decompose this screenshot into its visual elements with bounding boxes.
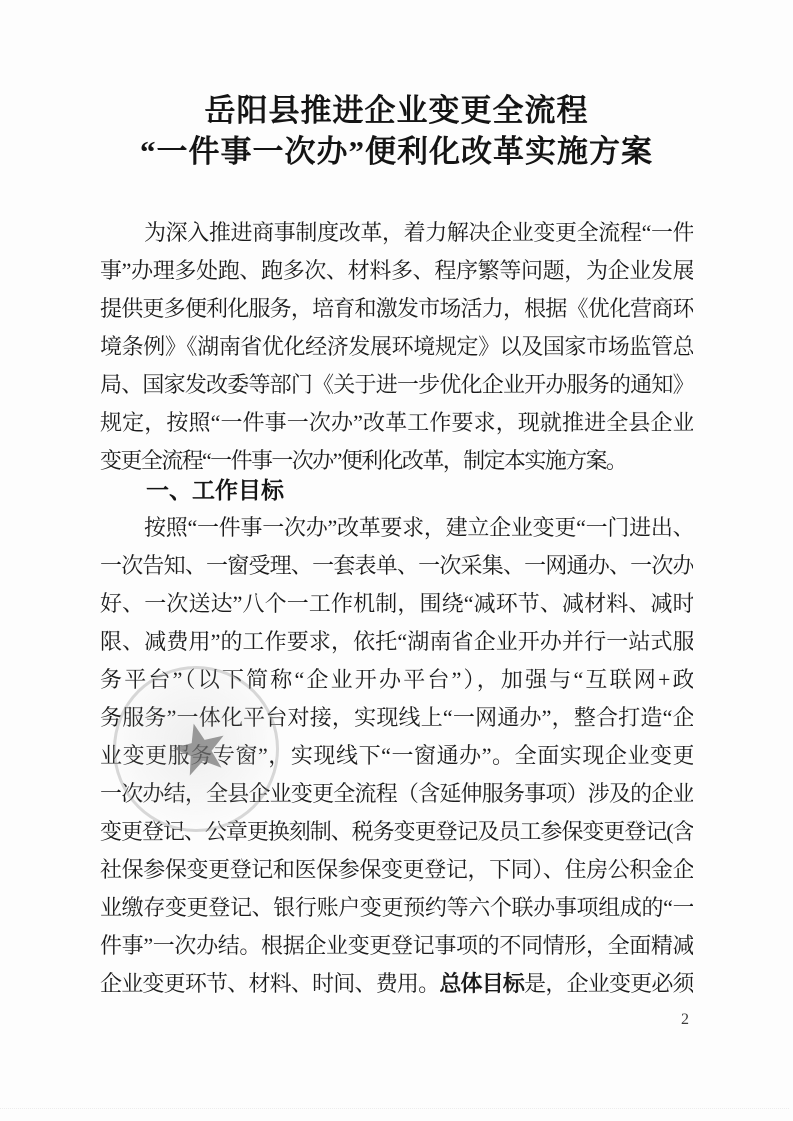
document-title-line-2: “一件事一次办”便利化改革实施方案 [100,131,693,172]
text-line: 提供更多便利化服务，培育和激发市场活力，根据《优化营商环 [100,290,693,328]
text-line: 业缴存变更登记、银行账户变更预约等六个联办事项组成的“一 [100,889,693,927]
document-title-line-1: 岳阳县推进企业变更全流程 [100,90,693,131]
document-page: 岳阳县推进企业变更全流程 “一件事一次办”便利化改革实施方案 为深入推进商事制度… [0,0,793,1121]
text-line: 为深入推进商事制度改革，着力解决企业变更全流程“一件 [100,214,693,252]
paragraph-work-goals: 按照“一件事一次办”改革要求，建立企业变更“一门进出、一次告知、一窗受理、一套表… [100,509,693,1003]
text-line: 局、国家发改委等部门《关于进一步优化企业开办服务的通知》 [100,366,693,404]
text-line: 事”办理多处跑、跑多次、材料多、程序繁等问题，为企业发展 [100,252,693,290]
page-number: 2 [681,1010,689,1030]
text-line: 业变更服务专窗”，实现线下“一窗通办”。全面实现企业变更 [100,737,693,775]
text-line: 变更登记、公章更换刻制、税务变更登记及员工参保变更登记(含 [100,813,693,851]
text-line: 务平台”（以下简称“企业开办平台”），加强与“互联网+政 [100,661,693,699]
document-title: 岳阳县推进企业变更全流程 “一件事一次办”便利化改革实施方案 [100,90,693,172]
text-line: 企业变更环节、材料、时间、费用。总体目标是，企业变更必须 [100,965,693,1003]
text-line: 好、一次送达”八个一工作机制，围绕“减环节、减材料、减时 [100,585,693,623]
text-line: 境条例》《湖南省优化经济发展环境规定》以及国家市场监管总 [100,328,693,366]
text-line: 一次告知、一窗受理、一套表单、一次采集、一网通办、一次办 [100,547,693,585]
text-line: 社保参保变更登记和医保参保变更登记，下同）、住房公积金企 [100,851,693,889]
text-line: 按照“一件事一次办”改革要求，建立企业变更“一门进出、 [100,509,693,547]
paragraph-intro: 为深入推进商事制度改革，着力解决企业变更全流程“一件事”办理多处跑、跑多次、材料… [100,214,693,480]
section-heading-work-goals: 一、工作目标 [100,471,693,509]
text-line: 务服务”一体化平台对接，实现线上“一网通办”，整合打造“企 [100,699,693,737]
text-line: 一次办结，全县企业变更全流程（含延伸服务事项）涉及的企业 [100,775,693,813]
text-line: 规定，按照“一件事一次办”改革工作要求，现就推进全县企业 [100,404,693,442]
text-line: 件事”一次办结。根据企业变更登记事项的不同情形，全面精减 [100,927,693,965]
text-line: 限、减费用”的工作要求，依托“湖南省企业开办并行一站式服 [100,623,693,661]
